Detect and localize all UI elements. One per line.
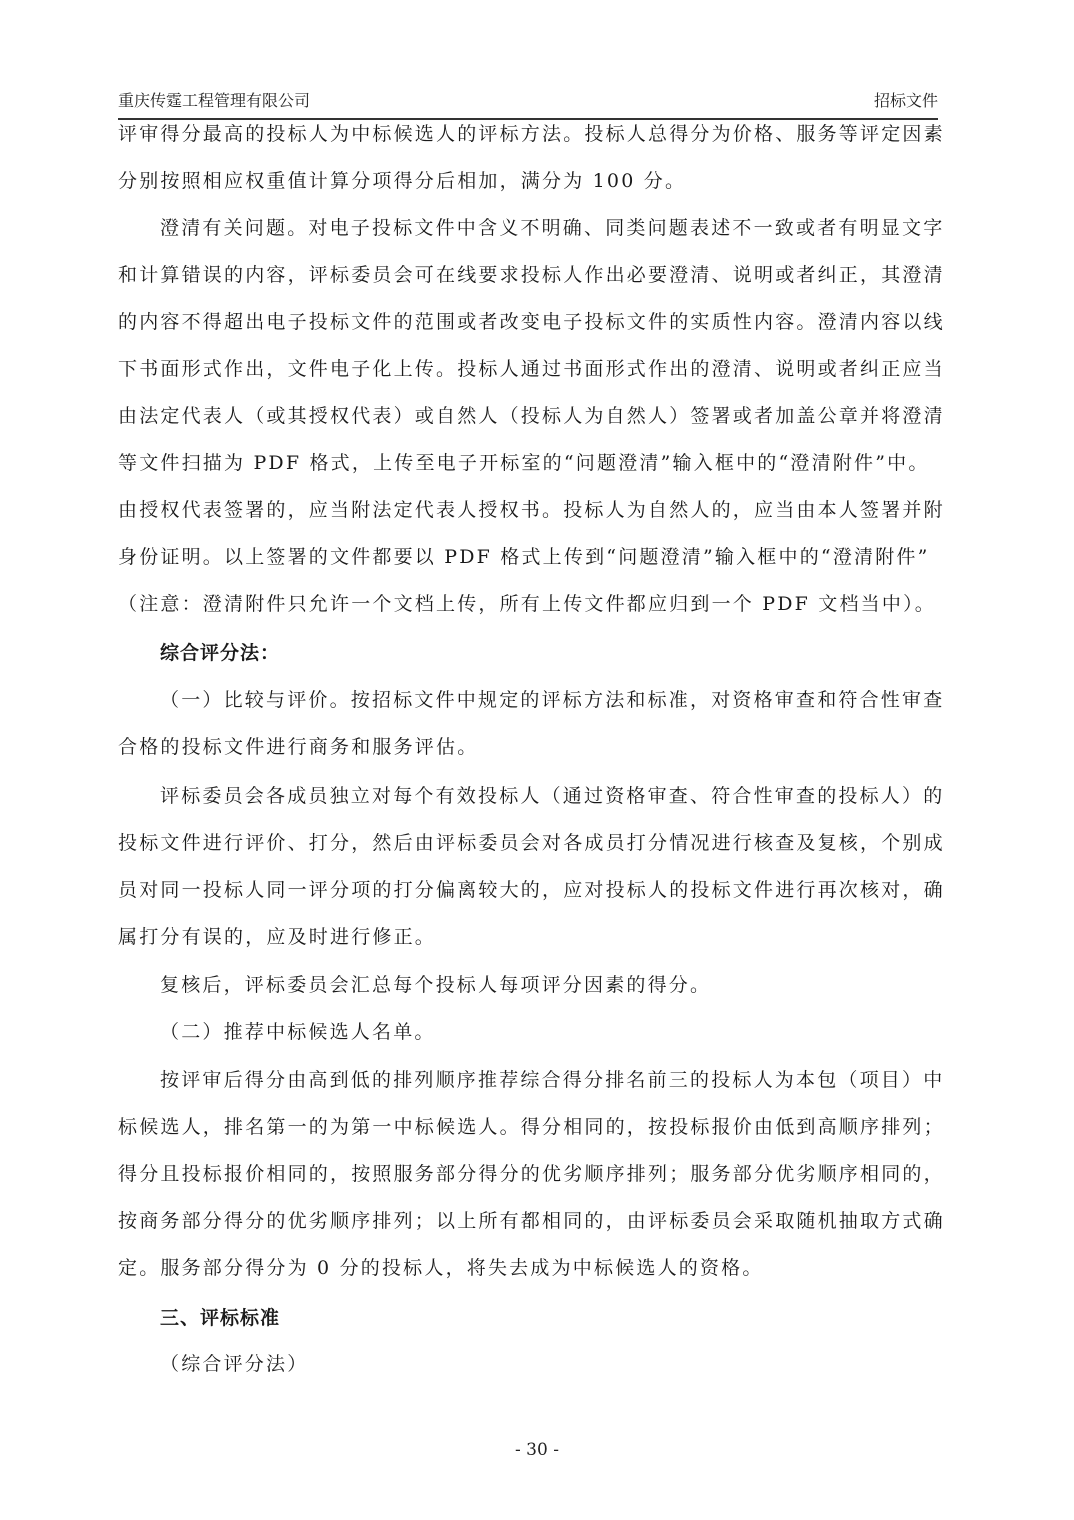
text-line: 下书面形式作出，文件电子化上传。投标人通过书面形式作出的澄清、说明或者纠正应当 bbox=[118, 355, 945, 383]
text-line: 属打分有误的，应及时进行修正。 bbox=[118, 923, 436, 951]
page-number: - 30 - bbox=[0, 1438, 1074, 1462]
paragraph-comparison: （一）比较与评价。按招标文件中规定的评标方法和标准，对资格审查和符合性审查 bbox=[160, 686, 944, 714]
paragraph-independent-scoring: 评标委员会各成员独立对每个有效投标人（通过资格审查、符合性审查的投标人）的 bbox=[160, 782, 944, 810]
subheading-comprehensive-method: （综合评分法） bbox=[160, 1350, 308, 1378]
document-page: 重庆传霆工程管理有限公司 招标文件 评审得分最高的投标人为中标候选人的评标方法。… bbox=[0, 0, 1074, 1520]
text-line: 员对同一投标人同一评分项的打分偏离较大的，应对投标人的投标文件进行再次核对，确 bbox=[118, 876, 945, 904]
paragraph-clarification: 澄清有关问题。对电子投标文件中含义不明确、同类问题表述不一致或者有明显文字 bbox=[160, 214, 944, 242]
text-line: 和计算错误的内容，评标委员会可在线要求投标人作出必要澄清、说明或者纠正，其澄清 bbox=[118, 261, 945, 289]
text-line: 定。服务部分得分为 0 分的投标人，将失去成为中标候选人的资格。 bbox=[118, 1254, 764, 1282]
text-line: 合格的投标文件进行商务和服务评估。 bbox=[118, 733, 478, 761]
text-line: 的内容不得超出电子投标文件的范围或者改变电子投标文件的实质性内容。澄清内容以线 bbox=[118, 308, 945, 336]
section-heading-comprehensive-scoring: 综合评分法： bbox=[160, 639, 280, 667]
paragraph-recommend-candidates: （二）推荐中标候选人名单。 bbox=[160, 1018, 436, 1046]
header-document-type: 招标文件 bbox=[874, 90, 938, 112]
page-header: 重庆传霆工程管理有限公司 招标文件 bbox=[118, 90, 938, 114]
text-line: 由法定代表人（或其授权代表）或自然人（投标人为自然人）签署或者加盖公章并将澄清 bbox=[118, 402, 945, 430]
text-line: 由授权代表签署的，应当附法定代表人授权书。投标人为自然人的，应当由本人签署并附 bbox=[118, 496, 945, 524]
text-line: 投标文件进行评价、打分，然后由评标委员会对各成员打分情况进行核查及复核，个别成 bbox=[118, 829, 945, 857]
text-line: 标候选人，排名第一的为第一中标候选人。得分相同的，按投标报价由低到高顺序排列； bbox=[118, 1113, 945, 1141]
paragraph-review-summary: 复核后，评标委员会汇总每个投标人每项评分因素的得分。 bbox=[160, 971, 711, 999]
text-line: 评审得分最高的投标人为中标候选人的评标方法。投标人总得分为价格、服务等评定因素 bbox=[118, 120, 945, 148]
text-line: 身份证明。以上签署的文件都要以 PDF 格式上传到“问题澄清”输入框中的“澄清附… bbox=[118, 543, 930, 571]
header-company-name: 重庆传霆工程管理有限公司 bbox=[118, 90, 310, 112]
text-line: 按商务部分得分的优劣顺序排列；以上所有都相同的，由评标委员会采取随机抽取方式确 bbox=[118, 1207, 945, 1235]
paragraph-ranking: 按评审后得分由高到低的排列顺序推荐综合得分排名前三的投标人为本包（项目）中 bbox=[160, 1066, 944, 1094]
text-line: 分别按照相应权重值计算分项得分后相加，满分为 100 分。 bbox=[118, 167, 686, 195]
text-line: 等文件扫描为 PDF 格式，上传至电子开标室的“问题澄清”输入框中的“澄清附件”… bbox=[118, 449, 930, 477]
text-line: （注意：澄清附件只允许一个文档上传，所有上传文件都应归到一个 PDF 文档当中）… bbox=[118, 590, 936, 618]
section-heading-evaluation-criteria: 三、评标标准 bbox=[160, 1304, 280, 1332]
text-line: 得分且投标报价相同的，按照服务部分得分的优劣顺序排列；服务部分优劣顺序相同的， bbox=[118, 1160, 945, 1188]
